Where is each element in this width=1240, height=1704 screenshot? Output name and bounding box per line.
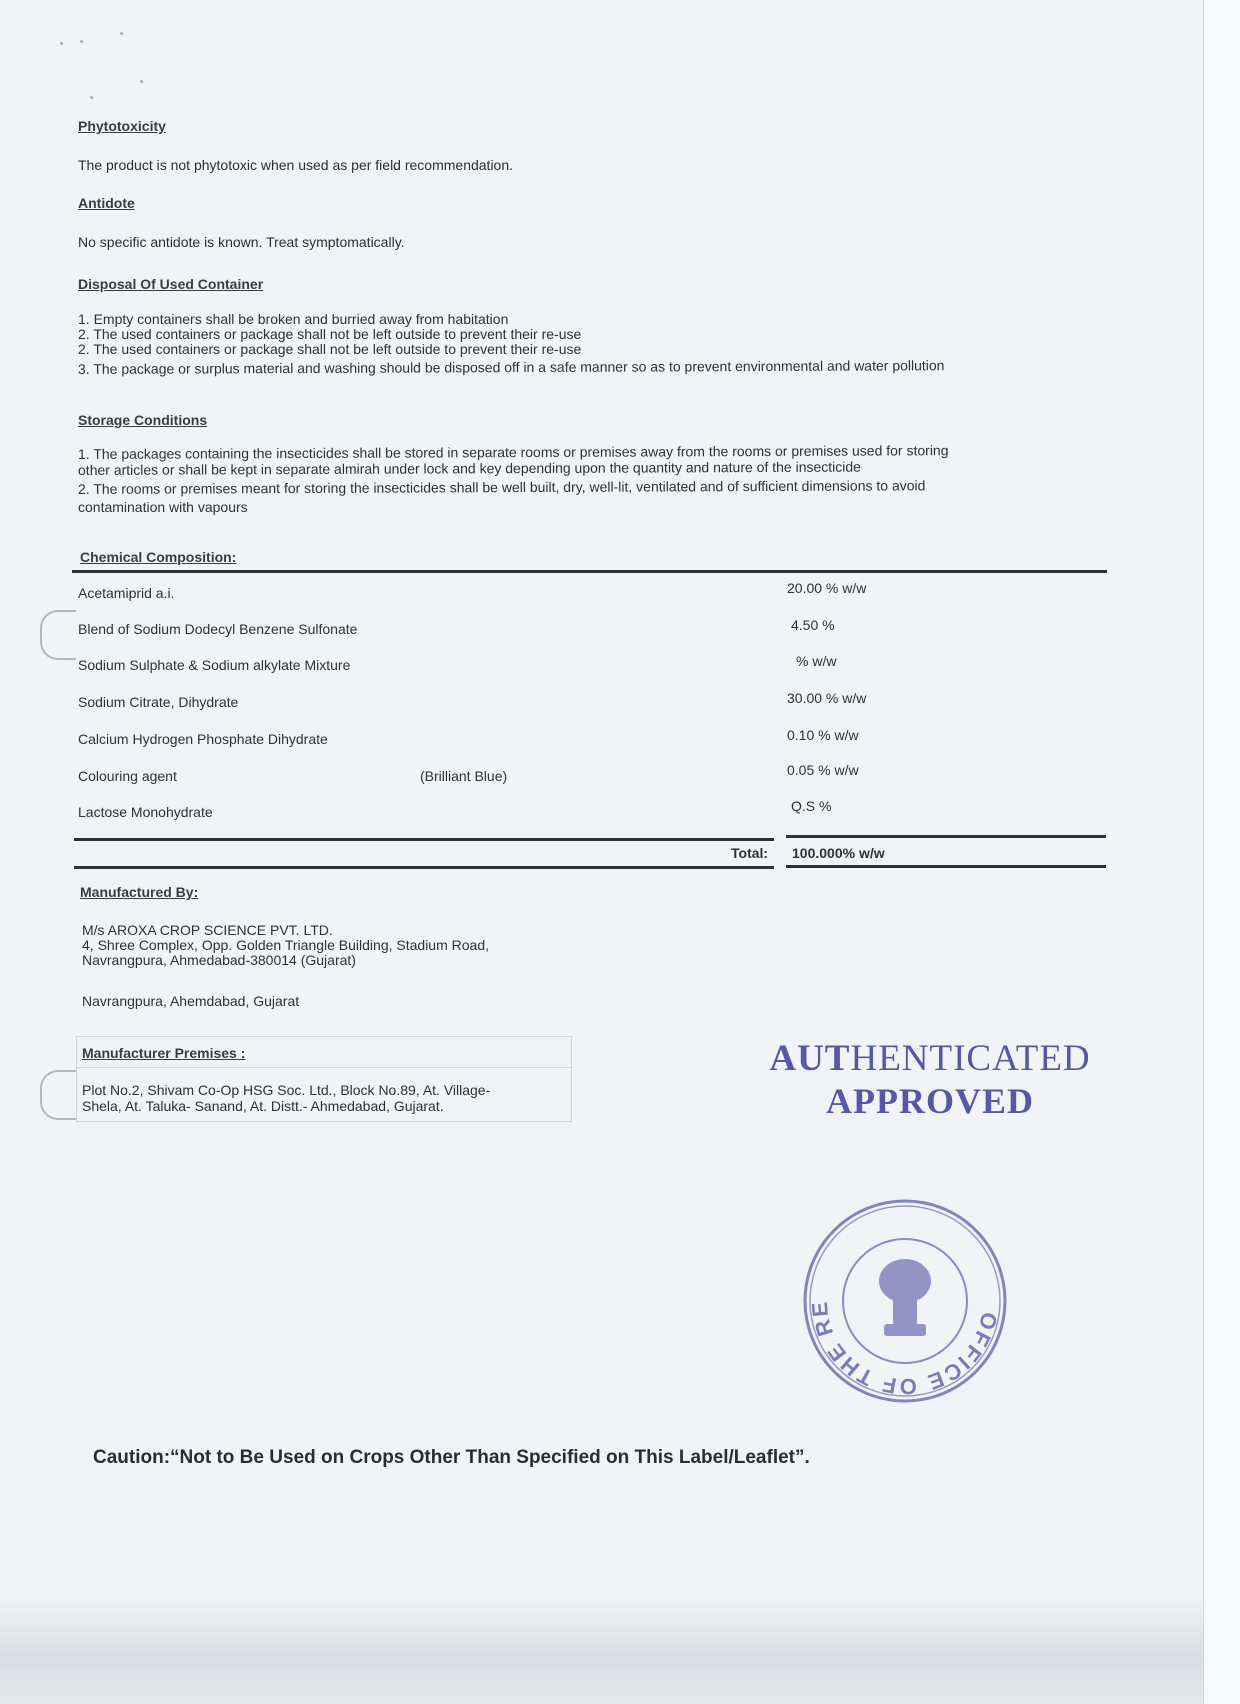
storage-line: other articles or shall be kept in separ… — [78, 460, 861, 477]
national-emblem-icon — [879, 1259, 931, 1336]
authenticated-approved-stamp: AUTHENTICATED APPROVED — [760, 1038, 1100, 1122]
registration-committee-seal: OFFICE OF THE REGISTRATION COMMITTEE — [800, 1196, 1010, 1406]
scan-speck — [60, 42, 63, 45]
table-top-rule — [72, 570, 1107, 573]
total-value: 100.000% w/w — [792, 845, 885, 861]
composition-heading: Chemical Composition: — [80, 549, 236, 565]
total-label: Total: — [731, 845, 768, 861]
scan-speck — [120, 32, 123, 35]
disposal-item: 3. The package or surplus material and w… — [78, 358, 945, 376]
antidote-heading: Antidote — [78, 195, 135, 211]
phytotoxicity-text: The product is not phytotoxic when used … — [78, 157, 513, 173]
storage-line: contamination with vapours — [78, 500, 248, 514]
scan-speck — [140, 80, 143, 83]
ingredient-note: (Brilliant Blue) — [420, 768, 507, 784]
ingredient-value: 4.50 % — [791, 617, 835, 633]
antidote-text: No specific antidote is known. Treat sym… — [78, 234, 405, 250]
scan-speck — [90, 96, 93, 99]
ingredient-value: 20.00 % w/w — [787, 580, 866, 596]
paper-edge — [1203, 0, 1240, 1704]
scan-shading — [0, 1594, 1204, 1704]
caution-text: Caution:“Not to Be Used on Crops Other T… — [93, 1447, 810, 1469]
ingredient-value: % w/w — [796, 653, 836, 669]
ingredient-name: Calcium Hydrogen Phosphate Dihydrate — [78, 731, 328, 747]
disposal-item: 1. Empty containers shall be broken and … — [78, 312, 508, 326]
premises-divider — [77, 1067, 571, 1068]
disposal-item: 2. The used containers or package shall … — [78, 342, 581, 356]
manufacturer-name: M/s AROXA CROP SCIENCE PVT. LTD. — [82, 923, 333, 937]
manufacturer-location: Navrangpura, Ahemdabad, Gujarat — [82, 994, 299, 1008]
ingredient-value: 30.00 % w/w — [787, 690, 866, 706]
table-bottom-rule-right — [786, 865, 1106, 868]
disposal-heading: Disposal Of Used Container — [78, 276, 263, 292]
storage-heading: Storage Conditions — [78, 412, 207, 428]
ingredient-value: 0.05 % w/w — [787, 762, 859, 778]
ingredient-name: Acetamiprid a.i. — [78, 585, 174, 601]
disposal-item: 2. The used containers or package shall … — [78, 327, 581, 341]
table-bottom-rule-left — [74, 866, 774, 869]
table-rule-left — [74, 838, 774, 841]
premises-line2: Shela, At. Taluka- Sanand, At. Distt.- A… — [82, 1099, 444, 1113]
ingredient-name: Colouring agent — [78, 768, 177, 784]
binder-hole-mark — [40, 610, 76, 660]
ingredient-value: Q.S % — [791, 798, 831, 814]
manufacturer-address-line1: 4, Shree Complex, Opp. Golden Triangle B… — [82, 938, 489, 952]
phytotoxicity-heading: Phytotoxicity — [78, 118, 166, 134]
stamp-approved: APPROVED — [760, 1080, 1100, 1122]
binder-hole-mark — [40, 1070, 76, 1120]
storage-line: 2. The rooms or premises meant for stori… — [78, 478, 925, 496]
premises-heading: Manufacturer Premises : — [82, 1045, 245, 1061]
scan-speck — [80, 40, 83, 43]
manufacturer-address-line2: Navrangpura, Ahmedabad-380014 (Gujarat) — [82, 953, 356, 967]
ingredient-name: Blend of Sodium Dodecyl Benzene Sulfonat… — [78, 621, 357, 637]
manufacturer-heading: Manufactured By: — [80, 884, 198, 900]
stamp-authenticated: AUTHENTICATED — [760, 1038, 1100, 1080]
ingredient-value: 0.10 % w/w — [787, 727, 859, 743]
ingredient-name: Sodium Sulphate & Sodium alkylate Mixtur… — [78, 657, 350, 673]
premises-line1: Plot No.2, Shivam Co-Op HSG Soc. Ltd., B… — [82, 1083, 490, 1097]
table-rule-right — [786, 835, 1106, 838]
ingredient-name: Lactose Monohydrate — [78, 804, 213, 820]
ingredient-name: Sodium Citrate, Dihydrate — [78, 694, 238, 710]
